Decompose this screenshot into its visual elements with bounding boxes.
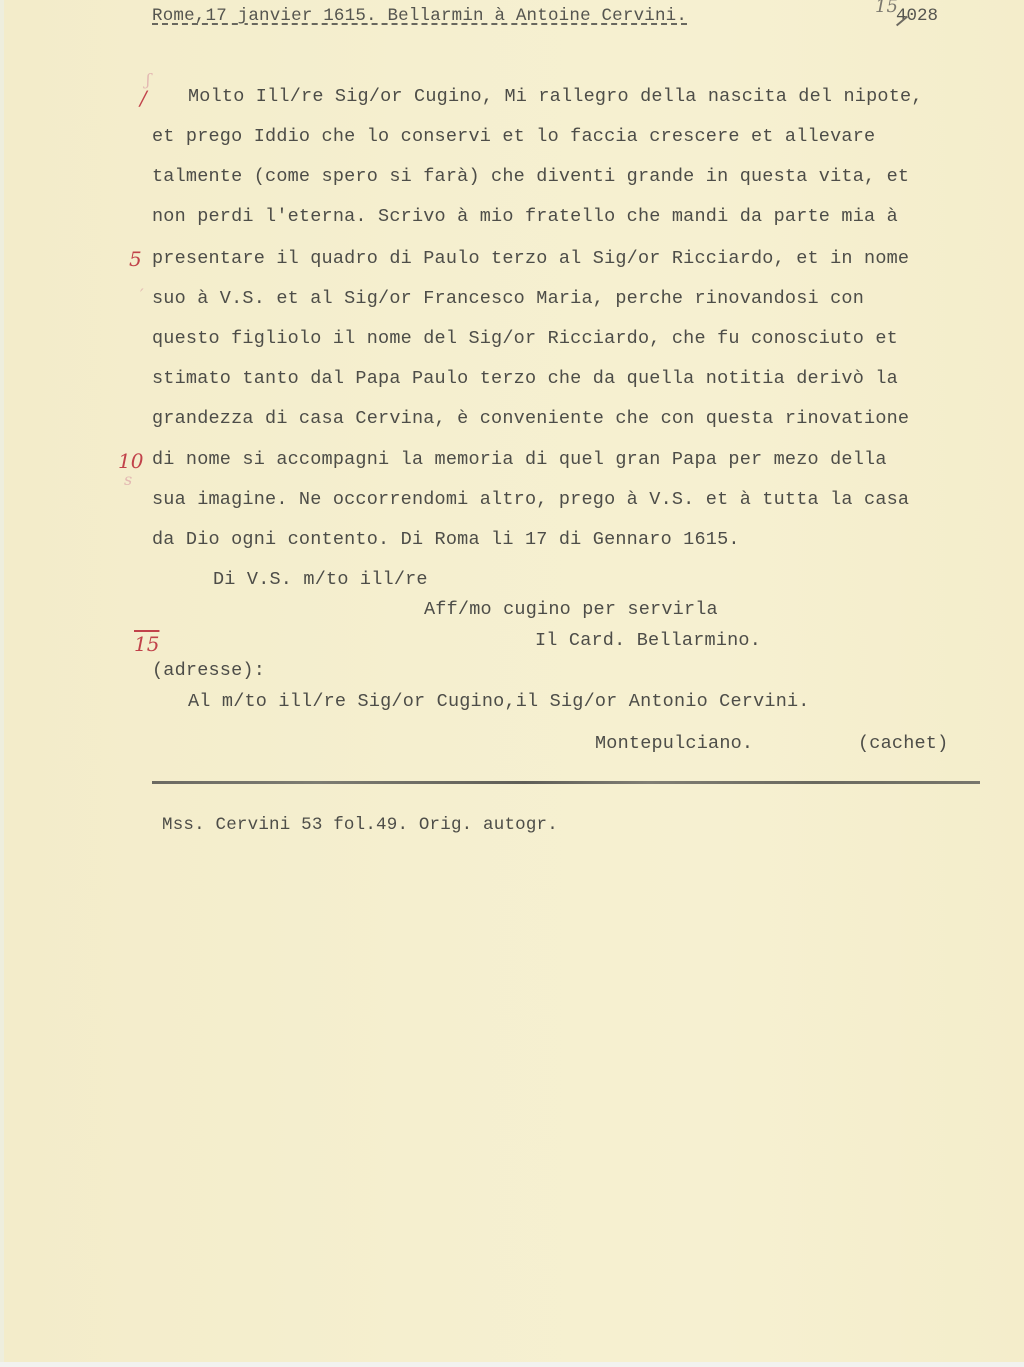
letter-line-5: presentare il quadro di Paulo terzo al S… [152, 248, 909, 269]
document-page: Rome,17 janvier 1615. Bellarmin à Antoin… [0, 0, 1024, 1362]
letter-line-2: et prego Iddio che lo conservi et lo fac… [152, 126, 875, 147]
faint-margin-mark: s [124, 470, 132, 489]
margin-line-number-5: 5 [129, 247, 142, 271]
address-label: (adresse): [152, 660, 265, 681]
letter-line-12: da Dio ogni contento. Di Roma li 17 di G… [152, 529, 740, 550]
margin-line-number-15: 15 [134, 632, 159, 656]
separator-rule [152, 781, 980, 784]
letter-salutation: Di V.S. m/to ill/re [213, 569, 428, 590]
letter-line-11: sua imagine. Ne occorrendomi altro, preg… [152, 489, 909, 510]
page-left-edge [0, 0, 4, 1362]
letter-line-7: questo figliolo il nome del Sig/or Ricci… [152, 328, 898, 349]
letter-valediction: Aff/mo cugino per servirla [424, 599, 718, 620]
letter-signature: Il Card. Bellarmino. [535, 630, 761, 651]
document-number: 4028 [896, 6, 938, 26]
address-recipient: Al m/to ill/re Sig/or Cugino,il Sig/or A… [188, 691, 810, 712]
letter-line-4: non perdi l'eterna. Scrivo à mio fratell… [152, 206, 898, 227]
letter-line-1: Molto Ill/re Sig/or Cugino, Mi rallegro … [188, 86, 923, 107]
letter-line-6: suo à V.S. et al Sig/or Francesco Maria,… [152, 288, 864, 309]
document-header-title: Rome,17 janvier 1615. Bellarmin à Antoin… [152, 6, 687, 26]
page-bottom-edge [0, 1362, 1024, 1367]
letter-line-10: di nome si accompagni la memoria di quel… [152, 449, 887, 470]
pencil-correction-number: 15 [875, 0, 898, 17]
seal-note: (cachet) [858, 733, 948, 754]
faint-margin-mark: ′ [140, 285, 144, 304]
address-place: Montepulciano. [595, 733, 753, 754]
letter-line-8: stimato tanto dal Papa Paulo terzo che d… [152, 368, 898, 389]
letter-line-3: talmente (come spero si farà) che divent… [152, 166, 909, 187]
letter-line-9: grandezza di casa Cervina, è conveniente… [152, 408, 909, 429]
source-citation: Mss. Cervini 53 fol.49. Orig. autogr. [162, 815, 558, 835]
margin-line-number-1: / [140, 86, 147, 110]
